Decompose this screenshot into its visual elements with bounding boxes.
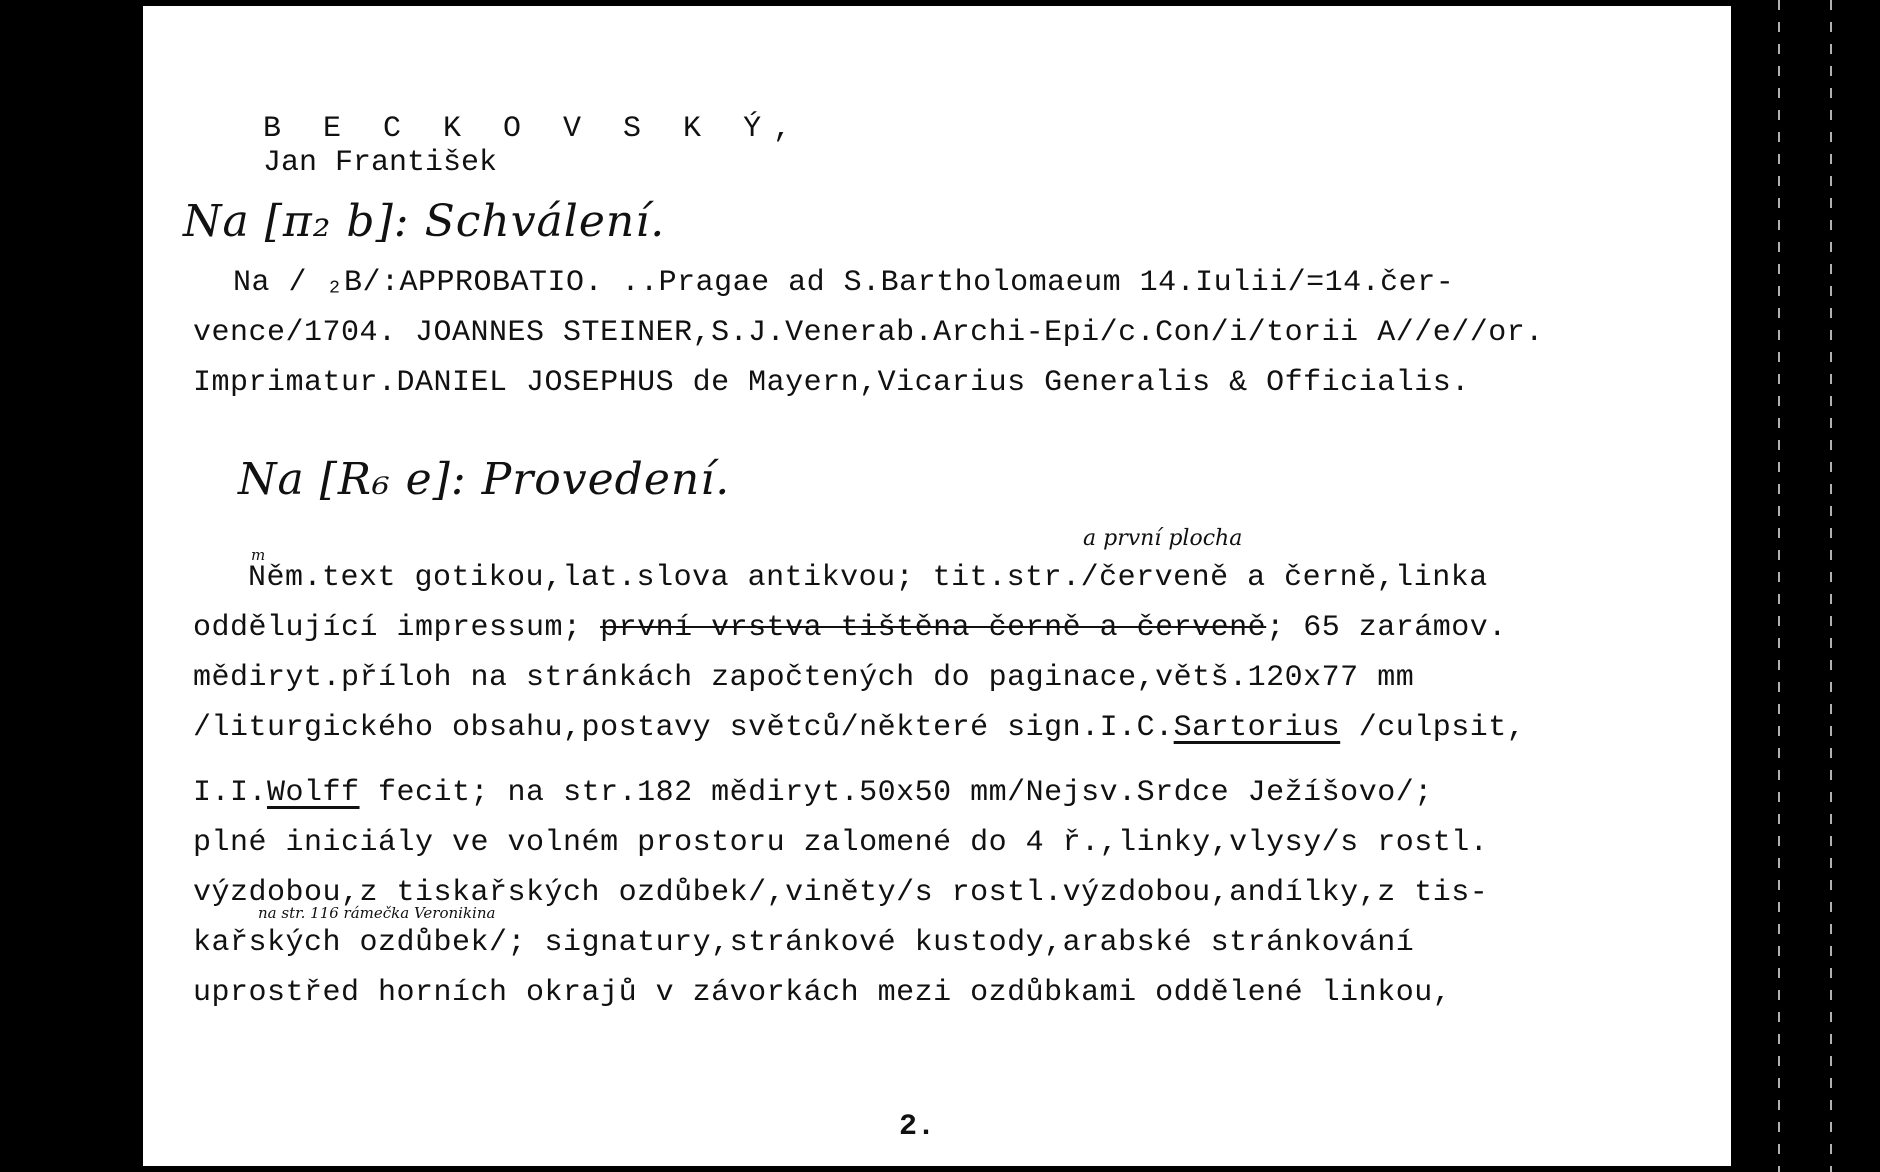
description-line-3: mědiryt.příloh na stránkách započtených … xyxy=(193,663,1414,693)
approbation-line-3: Imprimatur.DANIEL JOSEPHUS de Mayern,Vic… xyxy=(193,368,1470,398)
description-line-5: I.I.Wolff fecit; na str.182 mědiryt.50x5… xyxy=(193,778,1433,808)
page-number: 2. xyxy=(899,1110,935,1144)
entry-heading: B E C K O V S K Ý, Jan František xyxy=(191,78,803,214)
author-surname: B E C K O V S K Ý, xyxy=(263,112,803,146)
approbation-line-2: vence/1704. JOANNES STEINER,S.J.Venerab.… xyxy=(193,318,1544,348)
handwritten-insert-title-page: a první plocha xyxy=(1083,526,1242,551)
description-line-4: /liturgického obsahu,postavy světců/někt… xyxy=(193,713,1525,743)
approbation-line-1: Na / ₂B/:APPROBATIO. ..Pragae ad S.Barth… xyxy=(233,268,1454,298)
description-line-9: uprostřed horních okrajů v závorkách mez… xyxy=(193,978,1451,1008)
struck-out-text: první vrstva tištěna černě a červeně xyxy=(600,611,1266,645)
handwritten-layout-label: Na [R₆ e]: Provedení. xyxy=(238,454,730,505)
description-line-6: plné iniciály ve volném prostoru zalomen… xyxy=(193,828,1488,858)
catalog-card-page: B E C K O V S K Ý, Jan František Na [π₂ … xyxy=(143,6,1731,1166)
handwritten-approbation-label: Na [π₂ b]: Schválení. xyxy=(183,196,665,247)
engraver-name-sartorius: Sartorius xyxy=(1174,711,1341,745)
scan-edge-line-2 xyxy=(1830,0,1832,1172)
scan-edge-line-1 xyxy=(1778,0,1780,1172)
author-given-names: Jan František xyxy=(263,146,497,180)
engraver-name-wolff: Wolff xyxy=(267,776,360,810)
description-line-8: kařských ozdůbek/; signatury,stránkové k… xyxy=(193,928,1414,958)
handwritten-insert-pages-note: na str. 116 rámečka Veronikina xyxy=(258,904,495,922)
description-line-1: Něm.text gotikou,lat.slova antikvou; tit… xyxy=(248,563,1488,593)
description-line-2: oddělující impressum; první vrstva tiště… xyxy=(193,613,1507,643)
